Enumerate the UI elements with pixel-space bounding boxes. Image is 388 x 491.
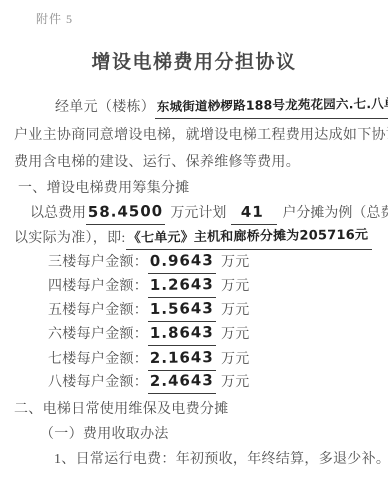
floor-fee-row: 四楼每户金额：1.2643万元 [48, 276, 250, 298]
location-blank: 东城街道桫椤路188号龙苑花园六.七.八单元 [155, 97, 388, 119]
floor-fee-label: 七楼每户金额： [48, 352, 148, 367]
attachment-label: 附件 5 [36, 10, 73, 27]
total-prefix: 以总费用 [30, 206, 86, 221]
section1-heading: 一、增设电梯费用筹集分摊 [18, 179, 190, 198]
floor-fee-row: 七楼每户金额：2.1643万元 [48, 349, 250, 371]
intro-line-2: 户业主协商同意增设电梯，就增设电梯工程费用达成如下协议， [14, 126, 388, 145]
handwritten-total-amount: 58.4500 [88, 202, 164, 222]
floor-fee-row: 六楼每户金额：1.8643万元 [48, 324, 250, 346]
actual-prefix: 以实际为准），即: [14, 231, 126, 246]
floor-fee-unit: 万元 [221, 303, 250, 318]
intro-prefix: 经单元（楼栋） [55, 100, 155, 115]
floor-fee-label: 八楼每户金额： [48, 375, 148, 390]
floor-fee-blank: 1.8643 [148, 324, 216, 346]
floor-fee-blank: 0.9643 [148, 252, 216, 274]
section2-subheading: （一）费用收取办法 [40, 425, 169, 444]
intro-line-1: 经单元（楼栋）东城街道桫椤路188号龙苑花园六.七.八单元 [55, 97, 388, 119]
households-blank: 41 [231, 203, 277, 225]
handwritten-floor-amount: 2.1643 [150, 348, 214, 368]
page-title: 增设电梯费用分担协议 [0, 47, 388, 74]
section2-heading: 二、电梯日常使用维保及电费分摊 [14, 400, 229, 419]
floor-fee-row: 三楼每户金额：0.9643万元 [48, 252, 250, 274]
floor-fee-blank: 1.2643 [148, 276, 216, 298]
floor-fee-unit: 万元 [221, 352, 250, 367]
floor-fee-blank: 2.1643 [148, 349, 216, 371]
floor-fee-label: 六楼每户金额： [48, 327, 148, 342]
handwritten-floor-amount: 1.2643 [150, 275, 214, 295]
floor-fee-row: 五楼每户金额：1.5643万元 [48, 300, 250, 322]
floor-fee-unit: 万元 [221, 375, 250, 390]
note-blank: 《七单元》主机和廊桥分摊为205716元 [126, 229, 372, 250]
floor-fee-row: 八楼每户金额：2.4643万元 [48, 372, 250, 394]
floor-fee-unit: 万元 [221, 255, 250, 270]
floor-fee-unit: 万元 [221, 279, 250, 294]
floor-fee-blank: 1.5643 [148, 300, 216, 322]
handwritten-floor-amount: 1.5643 [150, 299, 214, 319]
floor-fee-blank: 2.4643 [148, 372, 216, 394]
section2-item-1: 1、日常运行电费：年初预收，年终结算，多退少补。 [54, 450, 388, 469]
handwritten-location: 东城街道桫椤路188号龙苑花园六.七.八单元 [157, 93, 388, 116]
handwritten-households: 41 [241, 203, 264, 222]
floor-fee-label: 五楼每户金额： [48, 303, 148, 318]
floor-fee-label: 四楼每户金额： [48, 279, 148, 294]
total-suffix: 户分摊为例（总费用 [282, 206, 388, 221]
actual-basis-line: 以实际为准），即:《七单元》主机和廊桥分摊为205716元 [14, 229, 372, 250]
handwritten-floor-amount: 2.4643 [150, 371, 214, 391]
intro-line-3: 费用含电梯的建设、运行、保养维修等费用。 [14, 153, 300, 172]
total-cost-line: 以总费用58.4500万元计划41户分摊为例（总费用 [30, 203, 388, 225]
document-page: 附件 5 增设电梯费用分担协议 经单元（楼栋）东城街道桫椤路188号龙苑花园六.… [0, 0, 388, 491]
floor-fee-unit: 万元 [221, 327, 250, 342]
handwritten-note: 《七单元》主机和廊桥分摊为205716元 [127, 226, 368, 248]
handwritten-floor-amount: 1.8643 [150, 323, 214, 343]
total-amount-blank: 58.4500 [86, 203, 165, 225]
floor-fee-label: 三楼每户金额： [48, 255, 148, 270]
total-mid: 万元计划 [170, 206, 226, 221]
handwritten-floor-amount: 0.9643 [150, 251, 214, 271]
